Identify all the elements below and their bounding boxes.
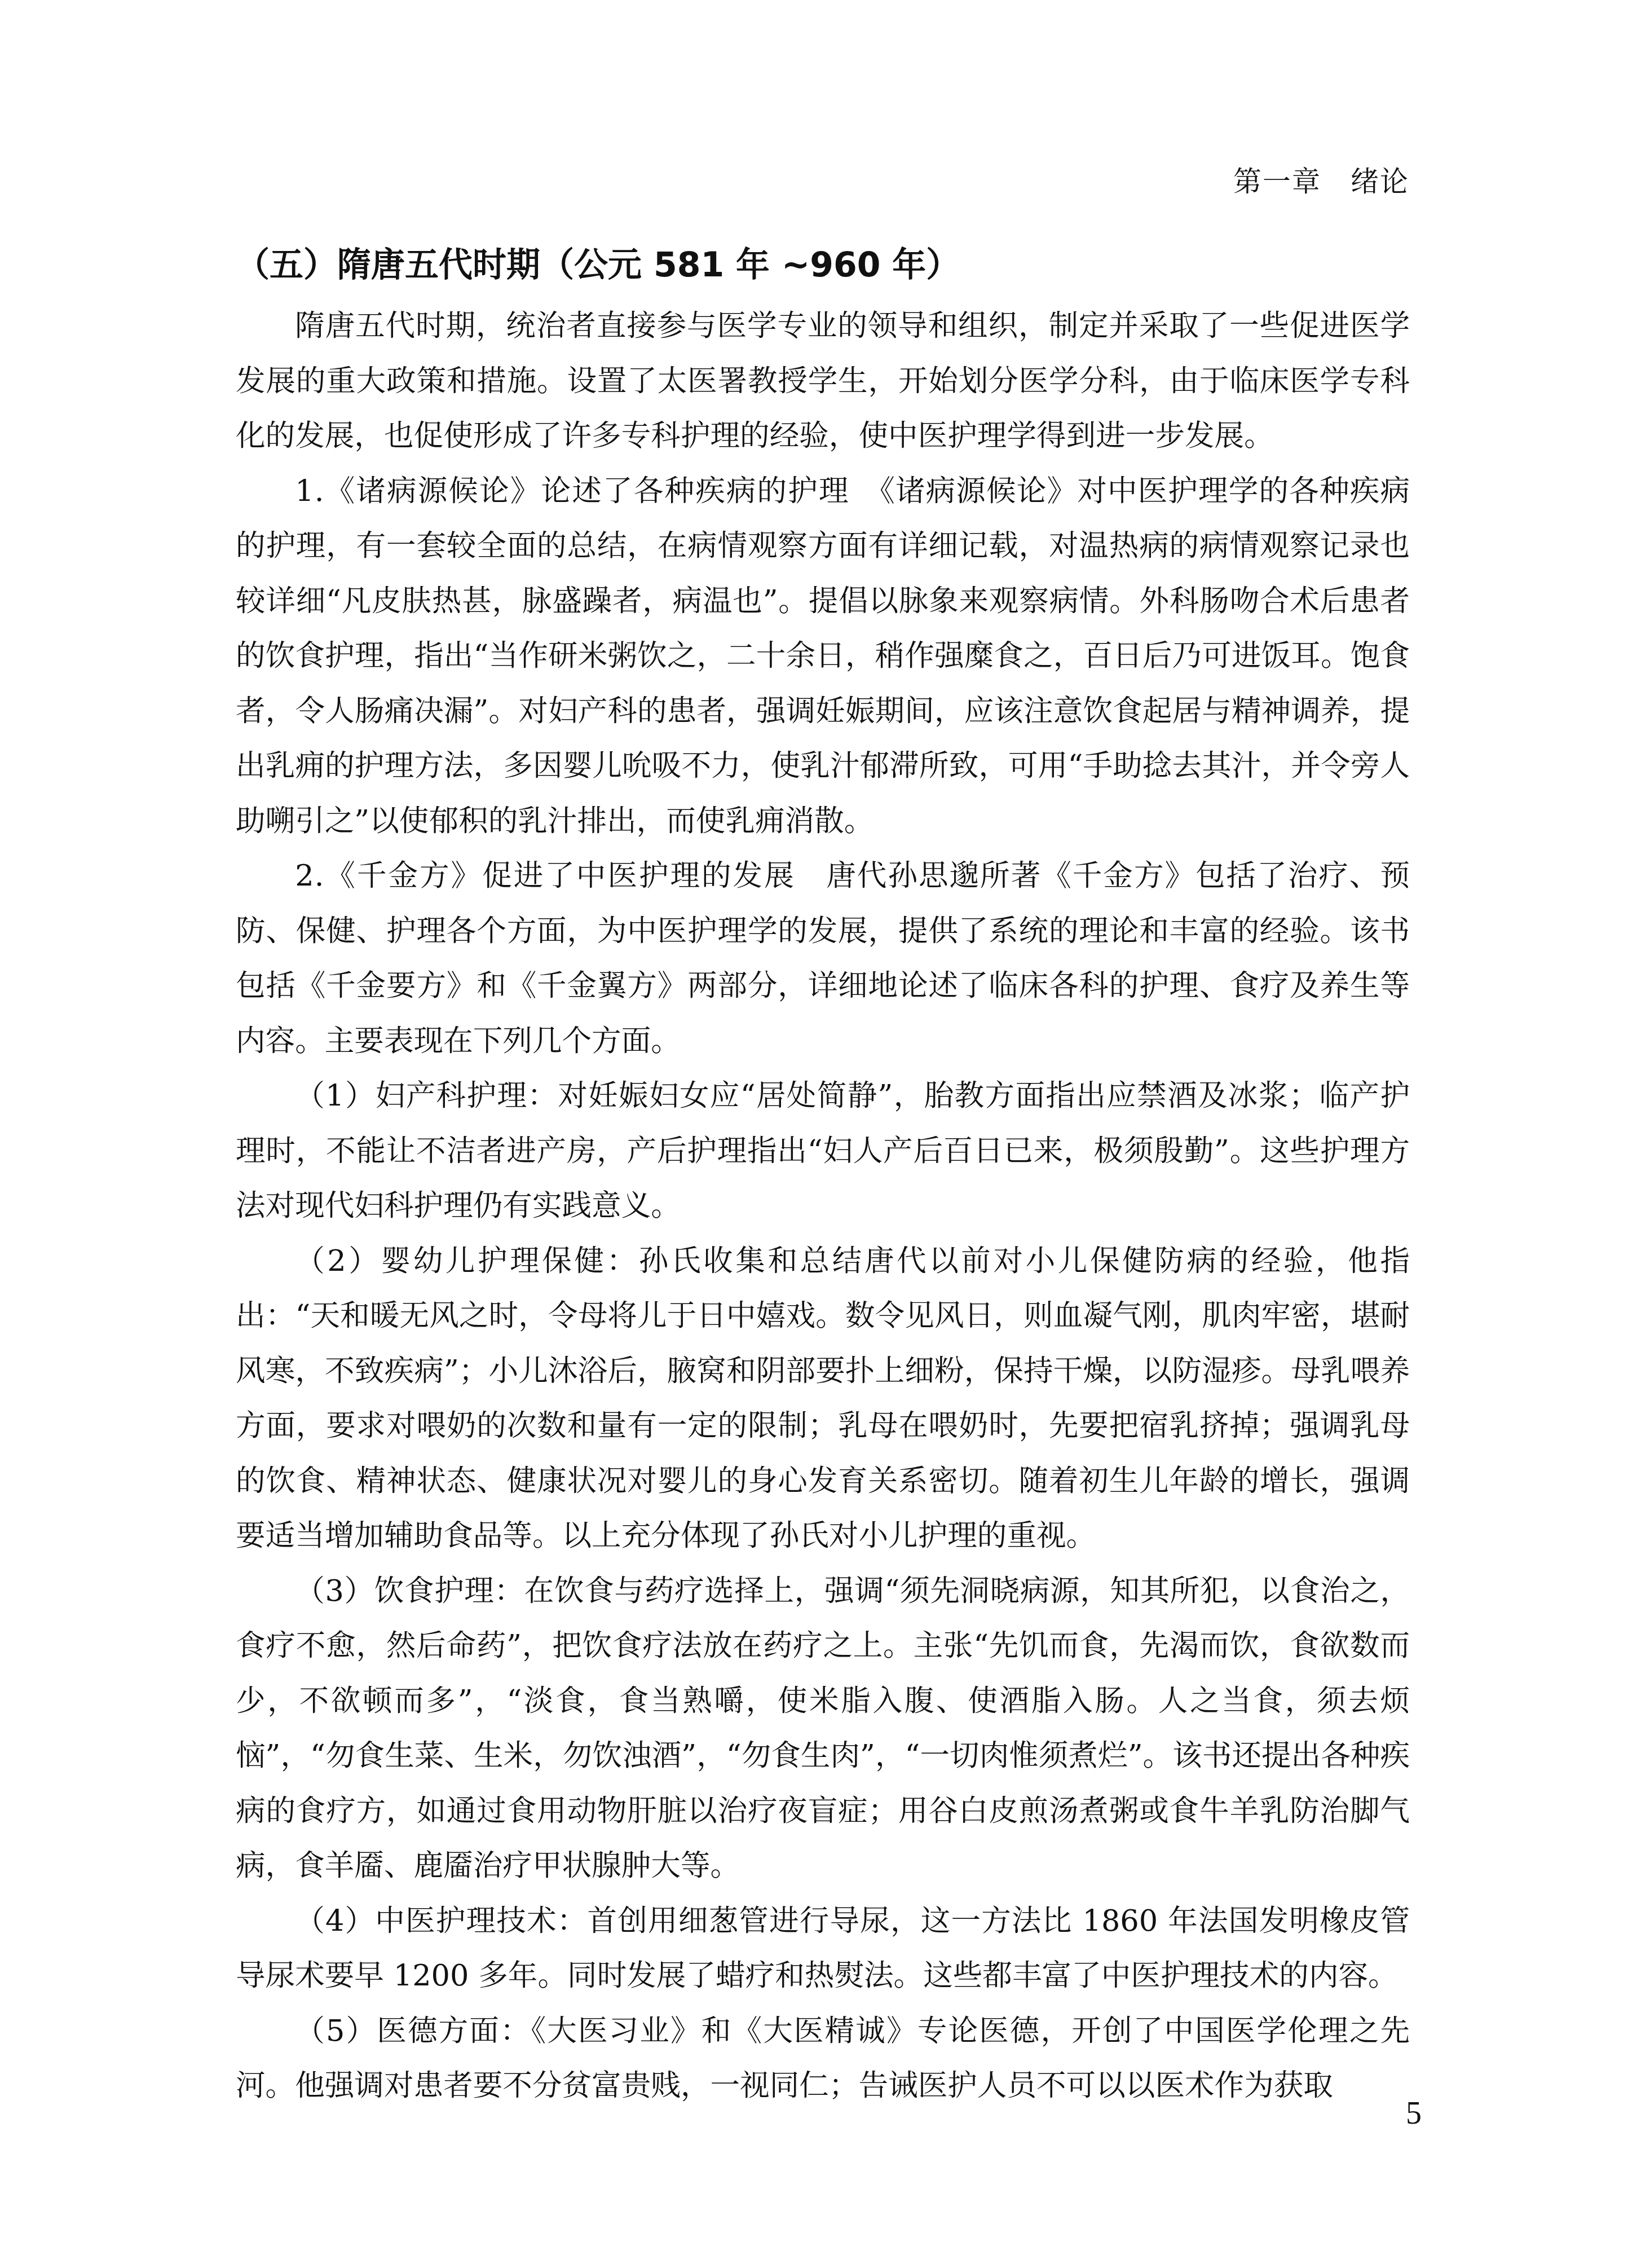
subitem-diet-care: （3）饮食护理：在饮食与药疗选择上，强调“须先洞晓病源，知其所犯，以食治之，食疗… [236, 1564, 1410, 1893]
page-body: （五）隋唐五代时期（公元 581 年 ~960 年） 隋唐五代时期，统治者直接参… [236, 240, 1410, 2113]
section-heading: （五）隋唐五代时期（公元 581 年 ~960 年） [236, 240, 1410, 290]
item-1-paragraph: 1.《诸病源候论》论述了各种疾病的护理 《诸病源候论》对中医护理学的各种疾病的护… [236, 464, 1410, 849]
intro-paragraph: 隋唐五代时期，统治者直接参与医学专业的领导和组织，制定并采取了一些促进医学发展的… [236, 298, 1410, 464]
subitem-obstetrics: （1）妇产科护理：对妊娠妇女应“居处简静”，胎教方面指出应禁酒及冰浆；临产护理时… [236, 1068, 1410, 1234]
item-1-title: 1.《诸病源候论》论述了各种疾病的护理 [295, 474, 850, 508]
page-number: 5 [1406, 2095, 1422, 2132]
subitem-medical-ethics: （5）医德方面：《大医习业》和《大医精诚》专论医德，开创了中国医学伦理之先河。他… [236, 2003, 1410, 2113]
running-head-chapter-title: 第一章 绪论 [1233, 159, 1409, 200]
item-2-title: 2.《千金方》促进了中医护理的发展 [295, 858, 796, 893]
item-1-body: 《诸病源候论》对中医护理学的各种疾病的护理，有一套较全面的总结，在病情观察方面有… [236, 474, 1410, 838]
subitem-infant-care: （2）婴幼儿护理保健：孙氏收集和总结唐代以前对小儿保健防病的经验，他指出：“天和… [236, 1234, 1410, 1564]
item-2-paragraph: 2.《千金方》促进了中医护理的发展 唐代孙思邈所著《千金方》包括了治疗、预防、保… [236, 848, 1410, 1068]
subitem-nursing-technique: （4）中医护理技术：首创用细葱管进行导尿，这一方法比 1860 年法国发明橡皮管… [236, 1893, 1410, 2003]
